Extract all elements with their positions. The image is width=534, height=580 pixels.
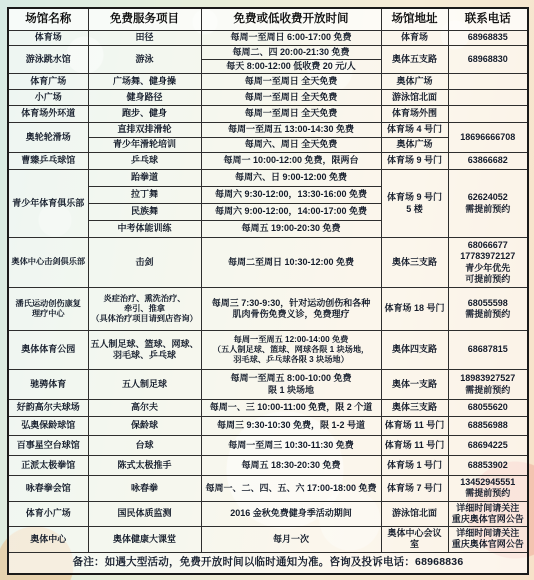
time-cell: 每周五 19:00-20:30 免费 [201,221,381,238]
venue-name-cell: 咏春拳会馆 [8,476,88,502]
time-cell: 每周二至周日 10:30-12:00 免费 [201,238,381,288]
time-cell: 每周一至周日 6:00-17:00 免费 [201,30,381,45]
header-free-service: 免费服务项目 [88,8,201,30]
venue-name-cell: 奥体中心 [8,527,88,553]
footer-note: 备注：如遇大型活动，免费开放时间以临时通知为准。咨询及投诉电话：68968836 [8,552,528,574]
service-cell: 保龄球 [88,417,201,436]
header-row: 场馆名称 免费服务项目 免费或低收费开放时间 场馆地址 联系电话 [8,8,528,30]
venue-row: 游泳跳水馆 游泳 每周二、四 20:00-21:30 免费 奥体五支路 6896… [8,45,528,59]
phone-cell: 68066677 17783972127 青少年优先 可提前预约 [448,238,528,288]
venue-name-cell: 小广场 [8,90,88,106]
header-address: 场馆地址 [381,8,448,30]
address-cell: 体育场 9 号门 5 楼 [381,170,448,238]
venues-table: 场馆名称 免费服务项目 免费或低收费开放时间 场馆地址 联系电话 体育场 田径 … [7,7,529,575]
venue-row: 体育场 田径 每周一至周日 6:00-17:00 免费 体育场 68968835 [8,30,528,45]
time-cell: 每周六、日 9:00-12:00 免费 [201,170,381,187]
address-cell: 游泳馆北面 [381,90,448,106]
service-cell: 国民体质监测 [88,501,201,527]
time-cell: 每周三 9:30-10:30 免费，限 1-2 号道 [201,417,381,436]
time-cell: 每周六 9:00-12:00，14:00-17:00 免费 [201,204,381,221]
venue-notice-page: 场馆名称 免费服务项目 免费或低收费开放时间 场馆地址 联系电话 体育场 田径 … [0,0,534,580]
time-cell: 2016 金秋免费健身季活动期间 [201,501,381,527]
address-cell: 奥体中心会议室 [381,527,448,553]
service-cell: 炎症治疗、熏洗治疗、 牵引、推拿 （具体治疗项目请到店咨询） [88,288,201,331]
service-cell: 跑步、健身 [88,106,201,123]
venue-row: 体育广场 广场舞、健身操 每周一至周日 全天免费 奥体广场 [8,74,528,90]
address-cell: 奥体一支路 [381,370,448,400]
phone-cell [448,74,528,90]
venue-row: 奥体中心 奥体健康大课堂 每月一次 奥体中心会议室 详细时间请关注 重庆奥体官网… [8,527,528,553]
venue-row: 咏春拳会馆 咏春拳 每周一、二、四、五、六 17:00-18:00 免费 体育场… [8,476,528,502]
service-cell: 跆拳道 [88,170,201,187]
phone-cell: 68853902 [448,456,528,476]
venue-name-cell: 曹臻乒乓球馆 [8,153,88,170]
venue-name-cell: 游泳跳水馆 [8,45,88,74]
address-cell: 体育场外围 [381,106,448,123]
phone-cell: 68856988 [448,417,528,436]
venue-name-cell: 奥体体育公园 [8,331,88,370]
service-cell: 咏春拳 [88,476,201,502]
venue-row: 奥体中心击剑俱乐部 击剑 每周二至周日 10:30-12:00 免费 奥体三支路… [8,238,528,288]
time-cell: 每周二、四 20:00-21:30 免费 [201,45,381,59]
venue-name-cell: 弘奥保龄球馆 [8,417,88,436]
time-cell: 每周一至周日 全天免费 [201,74,381,90]
address-cell: 体育场 9 号门 [381,153,448,170]
phone-cell [448,106,528,123]
service-cell: 台球 [88,436,201,456]
venue-row: 青少年体育俱乐部 跆拳道 每周六、日 9:00-12:00 免费 体育场 9 号… [8,170,528,187]
venue-name-cell: 体育广场 [8,74,88,90]
venue-row: 小广场 健身路径 每周一至周日 全天免费 游泳馆北面 [8,90,528,106]
service-cell: 五人制足球、篮球、网球、 羽毛球、乒乓球 [88,331,201,370]
venue-name-cell: 体育小广场 [8,501,88,527]
time-cell: 每周一至周三 10:30-11:30 免费 [201,436,381,456]
address-cell: 奥体四支路 [381,331,448,370]
service-cell: 田径 [88,30,201,45]
address-cell: 奥体广场 [381,74,448,90]
time-cell: 每周一至周日 全天免费 [201,90,381,106]
venue-name-cell: 奥轮轮滑场 [8,123,88,153]
footer-row: 备注：如遇大型活动，免费开放时间以临时通知为准。咨询及投诉电话：68968836 [8,552,528,574]
venue-row: 正派太极拳馆 陈式太极推手 每周五 18:30-20:30 免费 体育场 1 号… [8,456,528,476]
time-cell: 每周一至周五 8:00-10:00 免费 限 1 块场地 [201,370,381,400]
service-cell: 中考体能训练 [88,221,201,238]
venue-row: 奥轮轮滑场 直排双排滑轮 每周一至周五 13:00-14:30 免费 体育场 4… [8,123,528,138]
service-cell: 陈式太极推手 [88,456,201,476]
service-cell: 广场舞、健身操 [88,74,201,90]
service-cell: 青少年滑轮培训 [88,138,201,153]
time-cell: 每月一次 [201,527,381,553]
phone-cell: 68055598 需提前预约 [448,288,528,331]
header-venue-name: 场馆名称 [8,8,88,30]
address-cell: 奥体五支路 [381,45,448,74]
venue-row: 好韵高尔夫球场 高尔夫 每周一、三 10:00-11:00 免费，限 2 个道 … [8,400,528,417]
phone-cell: 13452945551 需提前预约 [448,476,528,502]
phone-cell: 68687815 [448,331,528,370]
venue-name-cell: 潘氏运动创伤康复 理疗中心 [8,288,88,331]
time-cell: 每周一至周五 13:00-14:30 免费 [201,123,381,138]
address-cell: 体育场 11 号门 [381,436,448,456]
phone-cell: 62624052 需提前预约 [448,170,528,238]
header-phone: 联系电话 [448,8,528,30]
phone-cell: 68694225 [448,436,528,456]
service-cell: 乒乓球 [88,153,201,170]
address-cell: 体育场 18 号门 [381,288,448,331]
service-cell: 游泳 [88,45,201,74]
service-cell: 拉丁舞 [88,187,201,204]
phone-cell: 详细时间请关注 重庆奥体官网公告 [448,501,528,527]
venue-name-cell: 青少年体育俱乐部 [8,170,88,238]
venue-name-cell: 好韵高尔夫球场 [8,400,88,417]
address-cell: 奥体三支路 [381,238,448,288]
time-cell: 每周一、三 10:00-11:00 免费，限 2 个道 [201,400,381,417]
phone-cell: 68055620 [448,400,528,417]
time-cell: 每周一 10:00-12:00 免费，限两台 [201,153,381,170]
header-open-time: 免费或低收费开放时间 [201,8,381,30]
venue-name-cell: 体育场外环道 [8,106,88,123]
phone-cell: 18696666708 [448,123,528,153]
venue-row: 百事星空台球馆 台球 每周一至周三 10:30-11:30 免费 体育场 11 … [8,436,528,456]
phone-cell: 68968835 [448,30,528,45]
service-cell: 直排双排滑轮 [88,123,201,138]
service-cell: 高尔夫 [88,400,201,417]
time-cell: 每周六 9:30-12:00，13:30-16:00 免费 [201,187,381,204]
time-cell: 每天 8:00-12:00 低收费 20 元/人 [201,59,381,73]
address-cell: 游泳馆北面 [381,501,448,527]
address-cell: 体育场 4 号门 [381,123,448,138]
time-cell: 每周一至周日 全天免费 [201,106,381,123]
phone-cell: 63866682 [448,153,528,170]
service-cell: 民族舞 [88,204,201,221]
phone-cell: 详细时间请关注 重庆奥体官网公告 [448,527,528,553]
service-cell: 击剑 [88,238,201,288]
venue-row: 驰骋体育 五人制足球 每周一至周五 8:00-10:00 免费 限 1 块场地 … [8,370,528,400]
venue-name-cell: 正派太极拳馆 [8,456,88,476]
address-cell: 体育场 1 号门 [381,456,448,476]
time-cell: 每周五 18:30-20:30 免费 [201,456,381,476]
venue-row: 体育场外环道 跑步、健身 每周一至周日 全天免费 体育场外围 [8,106,528,123]
venue-row: 奥体体育公园 五人制足球、篮球、网球、 羽毛球、乒乓球 每周一至周五 12:00… [8,331,528,370]
phone-cell: 18983927527 需提前预约 [448,370,528,400]
address-cell: 奥体广场 [381,138,448,153]
venue-row: 潘氏运动创伤康复 理疗中心 炎症治疗、熏洗治疗、 牵引、推拿 （具体治疗项目请到… [8,288,528,331]
venue-name-cell: 驰骋体育 [8,370,88,400]
phone-cell: 68968830 [448,45,528,74]
venue-row: 体育小广场 国民体质监测 2016 金秋免费健身季活动期间 游泳馆北面 详细时间… [8,501,528,527]
address-cell: 体育场 7 号门 [381,476,448,502]
time-cell: 每周一、二、四、五、六 17:00-18:00 免费 [201,476,381,502]
time-cell: 每周三 7:30-9:30，针对运动创伤和各种 肌肉骨伤免费义诊，免费理疗 [201,288,381,331]
venue-name-cell: 百事星空台球馆 [8,436,88,456]
venue-name-cell: 奥体中心击剑俱乐部 [8,238,88,288]
venue-name-cell: 体育场 [8,30,88,45]
address-cell: 体育场 [381,30,448,45]
service-cell: 奥体健康大课堂 [88,527,201,553]
address-cell: 奥体三支路 [381,400,448,417]
time-cell: 每周一至周五 12:00-14:00 免费 （五人制足球、篮球、网球各限 1 块… [201,331,381,370]
time-cell: 每周六、周日 全天免费 [201,138,381,153]
venue-row: 曹臻乒乓球馆 乒乓球 每周一 10:00-12:00 免费，限两台 体育场 9 … [8,153,528,170]
service-cell: 健身路径 [88,90,201,106]
venue-row: 弘奥保龄球馆 保龄球 每周三 9:30-10:30 免费，限 1-2 号道 体育… [8,417,528,436]
service-cell: 五人制足球 [88,370,201,400]
address-cell: 体育场 11 号门 [381,417,448,436]
phone-cell [448,90,528,106]
